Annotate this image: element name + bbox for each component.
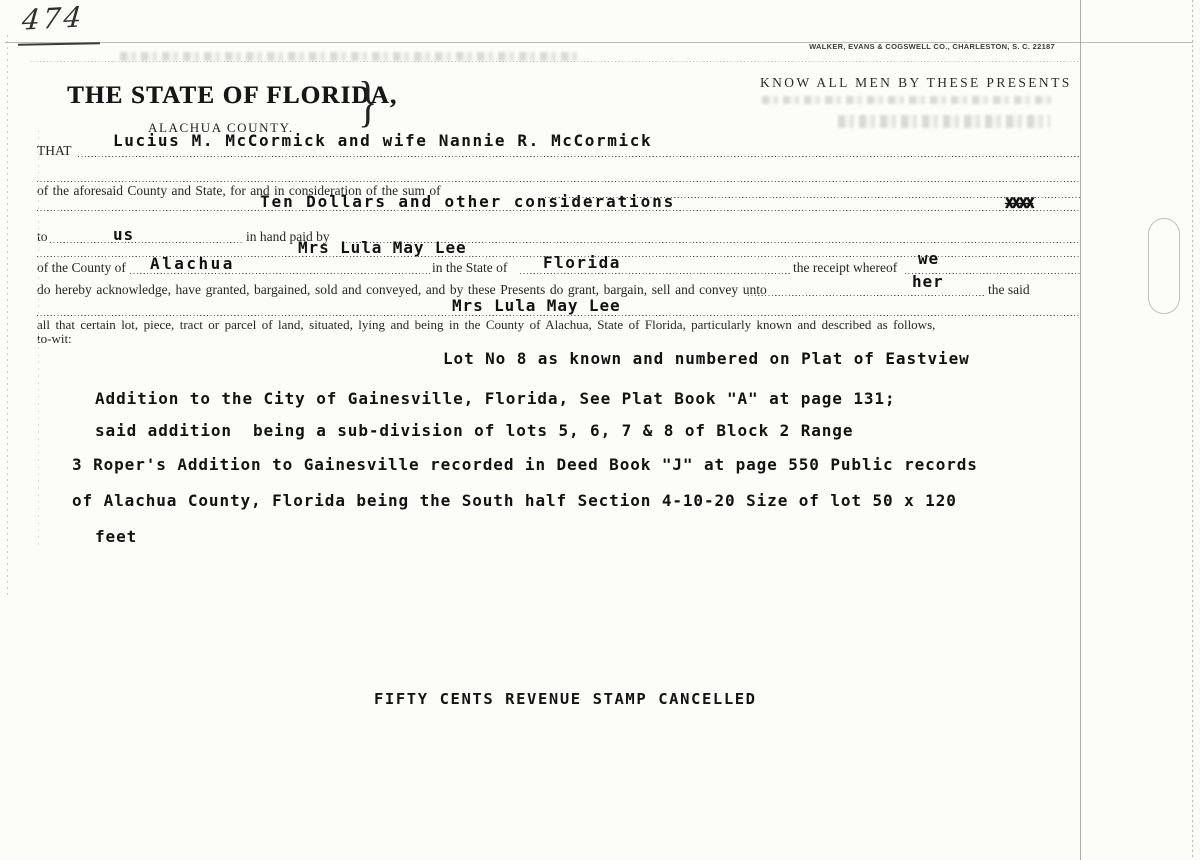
grant-clause: do hereby acknowledge, have granted, bar… (37, 282, 767, 298)
grantee-typed: Mrs Lula May Lee (452, 296, 621, 315)
state-title: THE STATE OF FLORIDA, (67, 82, 397, 110)
description-line: 3 Roper's Addition to Gainesville record… (72, 455, 978, 474)
strikeout-xxxx: XXXX (1005, 196, 1033, 212)
dotted-line (130, 272, 430, 274)
county-typed: Alachua (150, 254, 235, 273)
receipt-label: the receipt whereof (793, 260, 897, 276)
binder-hole-ghost (1148, 218, 1180, 314)
ghost-text-smudge-top (120, 52, 580, 61)
dotted-line (78, 155, 1080, 157)
right-margin-dotted-line (1192, 0, 1193, 860)
dotted-line (37, 180, 1080, 182)
description-line: feet (95, 527, 137, 546)
to-wit-label: to-wit: (37, 331, 72, 347)
description-line: Addition to the City of Gainesville, Flo… (95, 389, 896, 408)
dotted-line (50, 241, 243, 243)
page-edge-line (1080, 0, 1081, 860)
deed-document-page: 474 WALKER, EVANS & COGSWELL CO., CHARLE… (0, 0, 1200, 860)
dotted-line (748, 294, 986, 296)
the-said-label: the said (988, 282, 1030, 298)
ghost-text-smudge-right-2 (838, 115, 1050, 128)
description-line: said addition being a sub-division of lo… (95, 421, 853, 440)
premises-clause: all that certain lot, piece, tract or pa… (37, 317, 935, 333)
dotted-line (37, 209, 1080, 211)
left-margin-dotted-line-2 (38, 130, 39, 550)
county-of-label: of the County of (37, 260, 126, 276)
brace-glyph: } (358, 74, 377, 130)
page-number-underline (18, 42, 100, 45)
description-line: of Alachua County, Florida being the Sou… (72, 491, 957, 510)
revenue-stamp-note: FIFTY CENTS REVENUE STAMP CANCELLED (374, 690, 757, 708)
description-line: Lot No 8 as known and numbered on Plat o… (443, 349, 970, 368)
know-all-men-heading: KNOW ALL MEN BY THESE PRESENTS (760, 75, 1072, 91)
left-margin-dotted-line (7, 35, 8, 595)
printer-imprint: WALKER, EVANS & COGSWELL CO., CHARLESTON… (805, 42, 1055, 51)
dotted-line (520, 272, 790, 274)
page-number-handwritten: 474 (21, 0, 86, 36)
to-value-typed: us (113, 225, 134, 244)
receipt-pronoun-typed: we (918, 249, 939, 268)
grantors-typed: Lucius M. McCormick and wife Nannie R. M… (113, 131, 652, 150)
unto-pronoun-typed: her (912, 272, 944, 291)
state-typed: Florida (543, 253, 621, 272)
that-label: THAT (37, 143, 72, 159)
state-of-label: in the State of (432, 260, 507, 276)
ghost-text-smudge-right-1 (762, 96, 1052, 104)
dotted-line (37, 314, 1080, 316)
